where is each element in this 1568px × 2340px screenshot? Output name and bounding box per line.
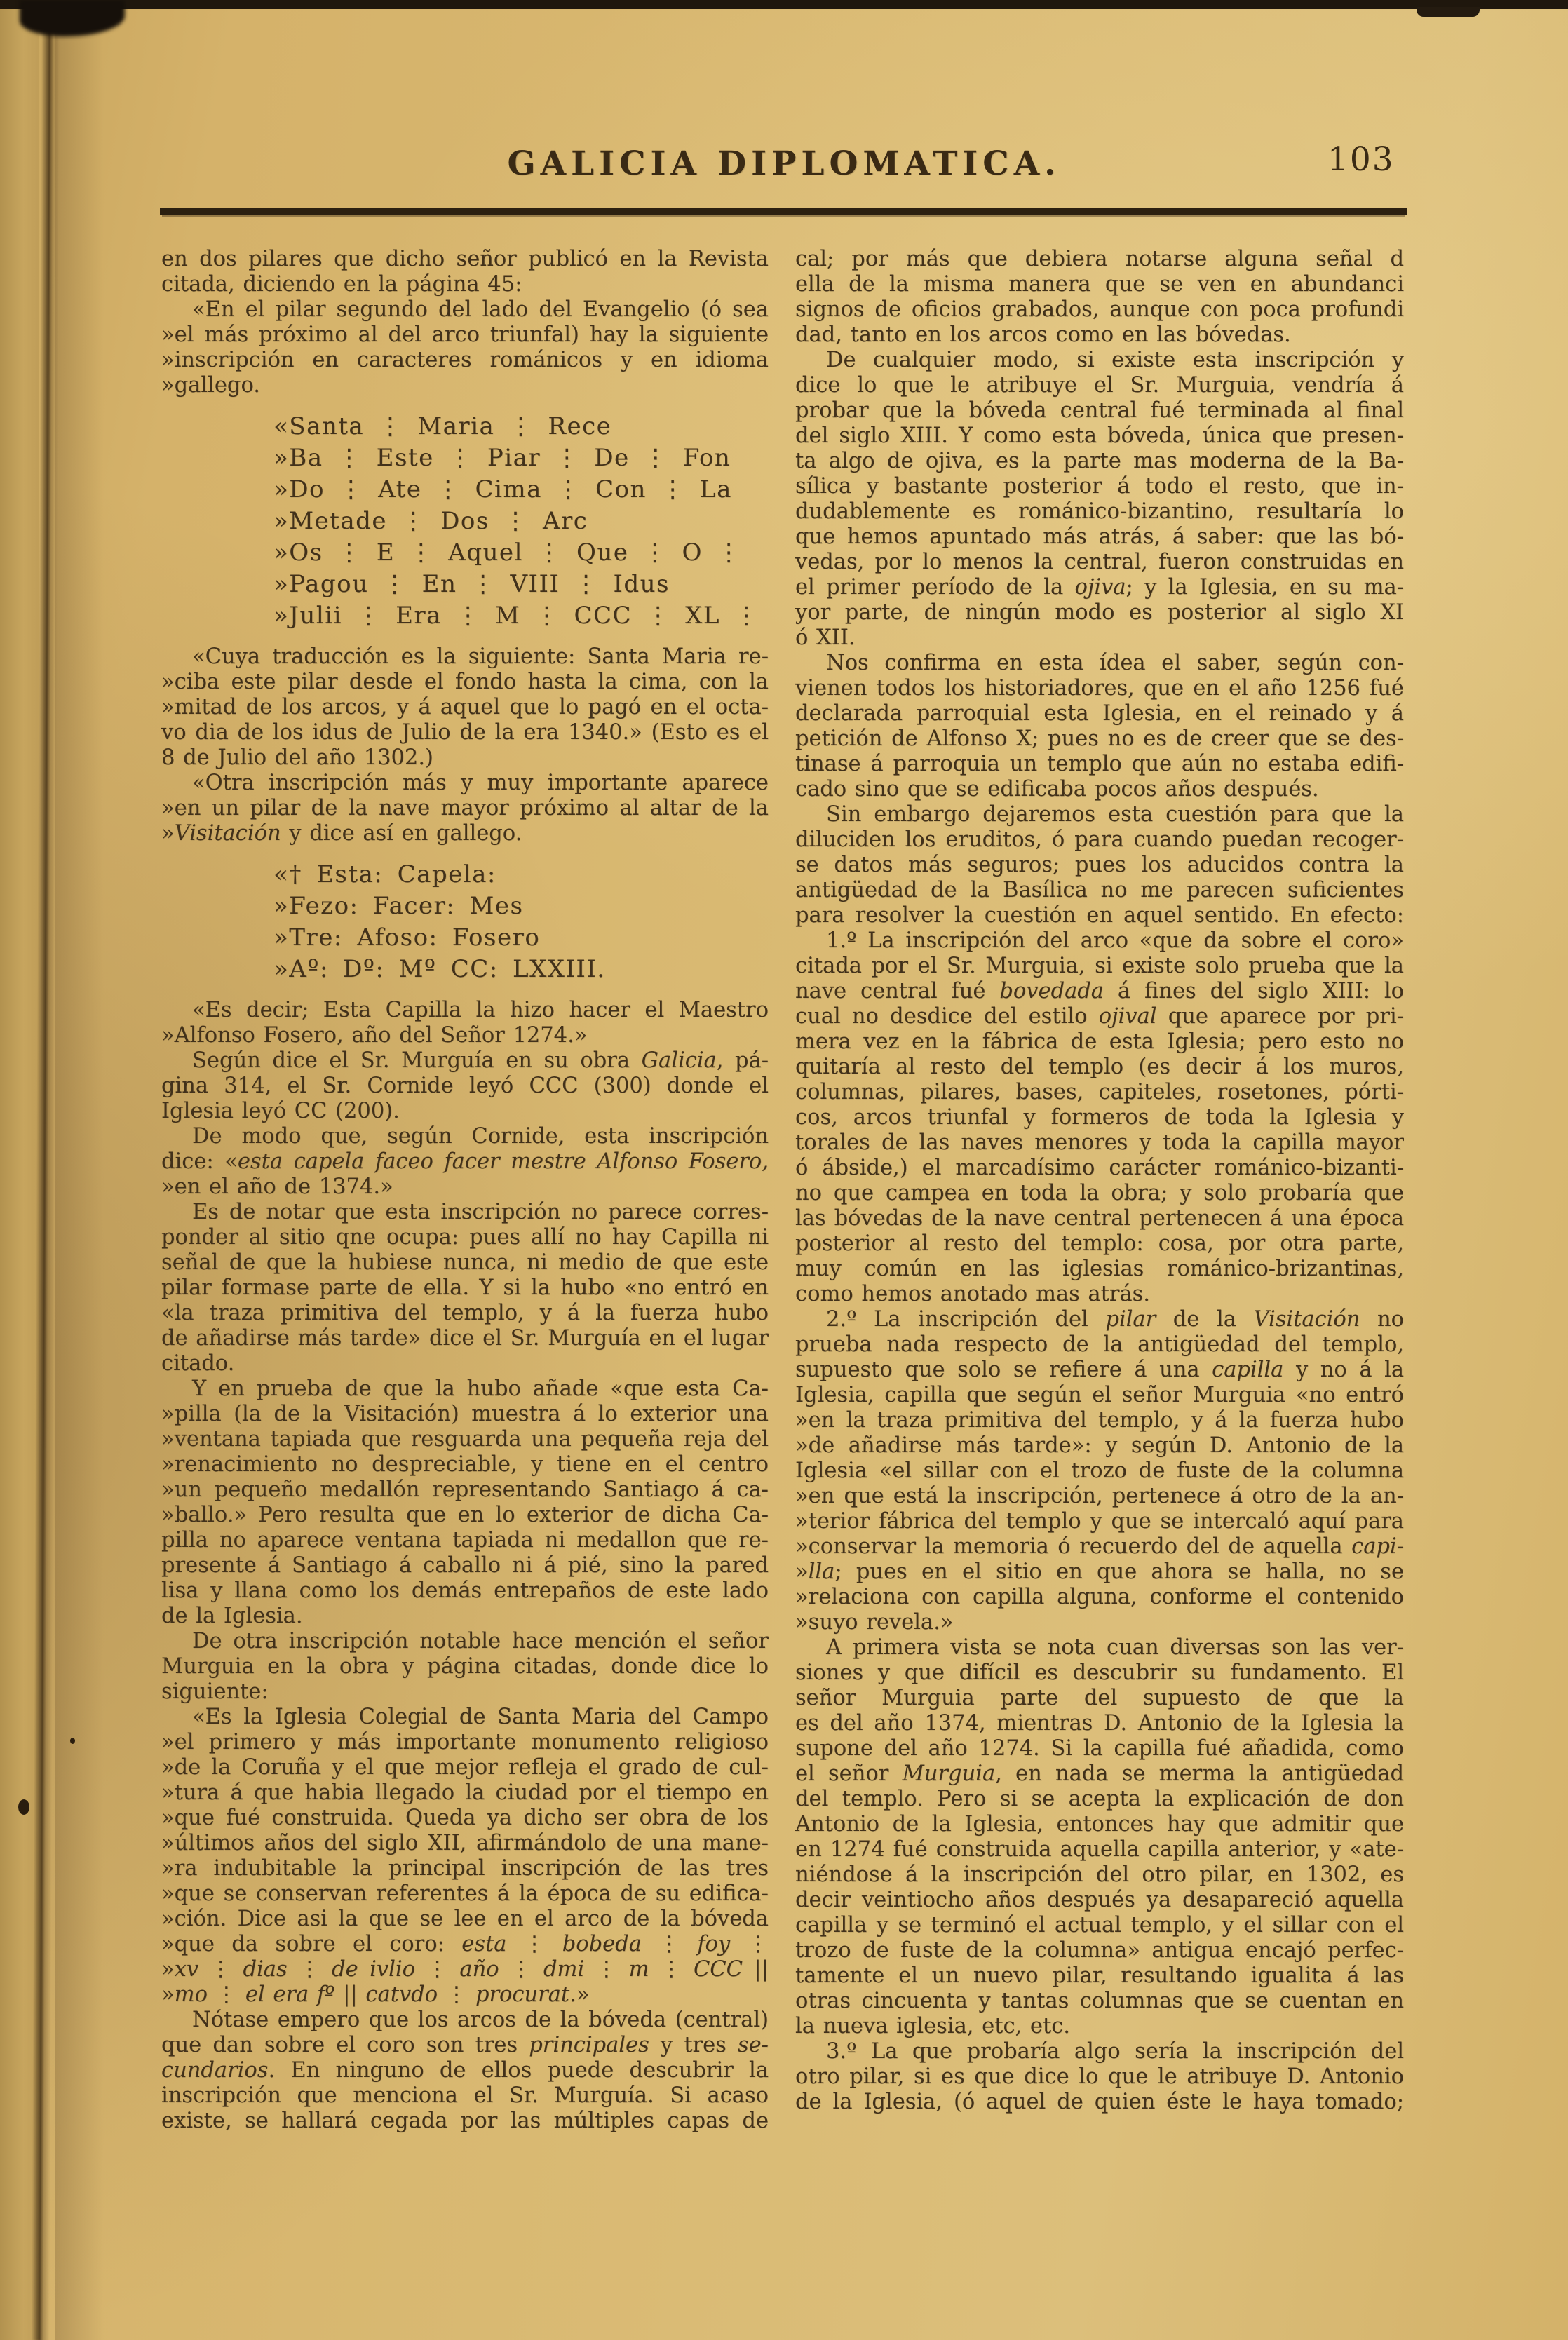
text-line: «Es la Iglesia Colegial de Santa Maria d… — [161, 1705, 769, 1730]
text-line: tinase á parroquia un templo que aún no … — [795, 752, 1404, 777]
text-line: »ventana tapiada que resguarda una peque… — [161, 1427, 769, 1452]
text-line: supuesto que solo se refiere á una capil… — [795, 1358, 1404, 1383]
paragraph: Según dice el Sr. Murguía en su obra Gal… — [161, 1048, 769, 1124]
text-line: «† Esta: Capela: — [273, 859, 769, 891]
text-line: que hemos apuntado más atrás, á saber: q… — [795, 525, 1404, 550]
text-line: el primer período de la ojiva; y la Igle… — [795, 575, 1404, 600]
text-line: »el primero y más importante monumento r… — [161, 1730, 769, 1755]
text-line: »lla; pues en el sitio en que ahora se h… — [795, 1560, 1404, 1585]
text-line: columnas, pilares, bases, capiteles, ros… — [795, 1080, 1404, 1105]
scanned-document-page: GALICIA DIPLOMATICA. 103 en dos pilares … — [0, 0, 1568, 2340]
scan-dark-edge-top — [0, 0, 1568, 9]
paragraph: Nos confirma en esta ídea el saber, segú… — [795, 651, 1404, 802]
text-line: inscripción que menciona el Sr. Murguía.… — [161, 2083, 769, 2109]
text-line: presente á Santiago á caballo ni á pié, … — [161, 1553, 769, 1578]
text-line: «Santa ⋮ Maria ⋮ Rece — [273, 411, 769, 442]
text-line: »Visitación y dice así en gallego. — [161, 821, 769, 846]
text-line: »mitad de los arcos, y á aquel que lo pa… — [161, 695, 769, 720]
text-line: »inscripción en caracteres románicos y e… — [161, 348, 769, 373]
text-line: »ciba este pilar desde el fondo hasta la… — [161, 670, 769, 695]
text-line: Nos confirma en esta ídea el saber, segú… — [795, 651, 1404, 676]
text-line: »Fezo: Facer: Mes — [273, 891, 769, 922]
paragraph: Nótase empero que los arcos de la bóveda… — [161, 2008, 769, 2134]
text-line: »Metade ⋮ Dos ⋮ Arc — [273, 506, 769, 537]
text-line: »Julii ⋮ Era ⋮ M ⋮ CCC ⋮ XL ⋮ — [273, 600, 769, 632]
text-line: »de añadirse más tarde»: y según D. Anto… — [795, 1433, 1404, 1459]
paragraph: 1.º La inscripción del arco «que da sobr… — [795, 928, 1404, 1307]
text-line: »Tre: Afoso: Fosero — [273, 922, 769, 954]
scan-dark-edge-bump — [1417, 7, 1480, 17]
text-line: supone del año 1274. Si la capilla fué a… — [795, 1736, 1404, 1761]
text-line: Y en prueba de que la hubo añade «que es… — [161, 1377, 769, 1402]
text-line: »que da sobre el coro: esta ⋮ bobeda ⋮ f… — [161, 1932, 769, 1957]
text-line: citada por el Sr. Murguia, si existe sol… — [795, 954, 1404, 979]
text-line: »tura á que habia llegado la ciudad por … — [161, 1780, 769, 1806]
text-line: 1.º La inscripción del arco «que da sobr… — [795, 928, 1404, 954]
text-line: pilla no aparece ventana tapiada ni meda… — [161, 1528, 769, 1553]
text-line: »ra indubitable la principal inscripción… — [161, 1856, 769, 1881]
text-line: del templo. Pero si se acepta la explica… — [795, 1787, 1404, 1812]
text-line: señal de que la hubiese nunca, ni medio … — [161, 1250, 769, 1276]
text-line: capilla y se terminó el actual templo, y… — [795, 1913, 1404, 1938]
text-line: ponder al sitio qne ocupa: pues allí no … — [161, 1225, 769, 1250]
text-line: vienen todos los historiadores, que en e… — [795, 676, 1404, 701]
paragraph: «Cuya traducción es la siguiente: Santa … — [161, 644, 769, 771]
inscription-block: «† Esta: Capela:»Fezo: Facer: Mes»Tre: A… — [273, 859, 769, 985]
text-line: ta algo de ojiva, es la parte mas modern… — [795, 449, 1404, 474]
text-line: yor parte, de ningún modo es posterior a… — [795, 600, 1404, 625]
text-line: »ballo.» Pero resulta que en lo exterior… — [161, 1503, 769, 1528]
text-line: Iglesia leyó CC (200). — [161, 1099, 769, 1124]
text-line: »Os ⋮ E ⋮ Aquel ⋮ Que ⋮ O ⋮ — [273, 537, 769, 569]
text-line: gina 314, el Sr. Cornide leyó CCC (300) … — [161, 1074, 769, 1099]
text-line: »relaciona con capilla alguna, conforme … — [795, 1585, 1404, 1610]
column-divider — [778, 219, 781, 2154]
text-line: »gallego. — [161, 373, 769, 398]
text-line: «Cuya traducción es la siguiente: Santa … — [161, 644, 769, 670]
text-line: »un pequeño medallón representando Santi… — [161, 1477, 769, 1503]
text-line: 3.º La que probaría algo sería la inscri… — [795, 2039, 1404, 2064]
text-line: nave central fué bovedada á fines del si… — [795, 979, 1404, 1004]
gutter-shadow — [55, 0, 104, 2340]
left-column: en dos pilares que dicho señor publicó e… — [161, 247, 769, 2134]
text-line: »Aº: Dº: Mº CC: LXXIII. — [273, 954, 769, 985]
paragraph: en dos pilares que dicho señor publicó e… — [161, 247, 769, 297]
text-line: que dan sobre el coro son tres principal… — [161, 2033, 769, 2058]
text-line: es del año 1374, mientras D. Antonio de … — [795, 1711, 1404, 1736]
text-line: »de la Coruña y el que mejor refleja el … — [161, 1755, 769, 1780]
text-line: vo dia de los idus de Julio de la era 13… — [161, 720, 769, 745]
text-line: cundarios. En ninguno de ellos puede des… — [161, 2058, 769, 2083]
text-line: otro pilar, si es que dice lo que le atr… — [795, 2064, 1404, 2090]
text-line: vedas, por lo menos la central, fueron c… — [795, 550, 1404, 575]
text-line: »xv ⋮ dias ⋮ de ivlio ⋮ año ⋮ dmi ⋮ m ⋮ … — [161, 1957, 769, 1982]
text-line: mera vez en la fábrica de esta Iglesia; … — [795, 1029, 1404, 1055]
text-line: ella de la misma manera que se ven en ab… — [795, 272, 1404, 297]
text-line: De modo que, según Cornide, esta inscrip… — [161, 1124, 769, 1149]
text-line: signos de oficios grabados, aunque con p… — [795, 297, 1404, 323]
text-line: cual no desdice del estilo ojival que ap… — [795, 1004, 1404, 1029]
text-line: »Do ⋮ Ate ⋮ Cima ⋮ Con ⋮ La ⋮ — [273, 474, 769, 506]
paragraph: De modo que, según Cornide, esta inscrip… — [161, 1124, 769, 1200]
paragraph: 2.º La inscripción del pilar de la Visit… — [795, 1307, 1404, 1635]
page-number: 103 — [1327, 140, 1395, 179]
ink-speck — [70, 1738, 75, 1744]
text-line: de añadirse más tarde» dice el Sr. Murgu… — [161, 1326, 769, 1351]
text-line: »renacimiento no despreciable, y tiene e… — [161, 1452, 769, 1477]
ink-speck — [18, 1799, 29, 1815]
text-line: decir veintiocho años después ya desapar… — [795, 1888, 1404, 1913]
text-line: »mo ⋮ el era fº || catvdo ⋮ procurat.» — [161, 1982, 769, 2008]
scan-corner-shadow — [20, 0, 125, 36]
text-line: diluciden los eruditos, ó para cuando pu… — [795, 827, 1404, 853]
text-line: dice: «esta capela faceo facer mestre Al… — [161, 1149, 769, 1175]
text-line: 2.º La inscripción del pilar de la Visit… — [795, 1307, 1404, 1332]
text-line: Iglesia «el sillar con el trozo de fuste… — [795, 1459, 1404, 1484]
text-line: otras cincuenta y tantas columnas que se… — [795, 1989, 1404, 2014]
text-line: existe, se hallará cegada por las múltip… — [161, 2109, 769, 2134]
text-line: A primera vista se nota cuan diversas so… — [795, 1635, 1404, 1661]
text-line: »ción. Dice asi la que se lee en el arco… — [161, 1907, 769, 1932]
paragraph: «En el pilar segundo del lado del Evange… — [161, 297, 769, 398]
text-line: sílica y bastante posterior á todo el re… — [795, 474, 1404, 499]
text-line: »Pagou ⋮ En ⋮ VIII ⋮ Idus — [273, 569, 769, 600]
text-line: dice lo que le atribuye el Sr. Murguia, … — [795, 373, 1404, 398]
text-line: Sin embargo dejaremos esta cuestión para… — [795, 802, 1404, 827]
inscription-block: «Santa ⋮ Maria ⋮ Rece»Ba ⋮ Este ⋮ Piar ⋮… — [273, 411, 769, 632]
text-line: Iglesia, capilla que según el señor Murg… — [795, 1383, 1404, 1408]
text-line: »el más próximo al del arco triunfal) ha… — [161, 323, 769, 348]
text-line: »que fué construida. Queda ya dicho ser … — [161, 1806, 769, 1831]
text-line: Murguia en la obra y página citadas, don… — [161, 1654, 769, 1679]
text-line: siguiente: — [161, 1679, 769, 1705]
text-line: prueba nada respecto de la antigüedad de… — [795, 1332, 1404, 1358]
text-line: para resolver la cuestión en aquel senti… — [795, 903, 1404, 928]
text-line: petición de Alfonso X; pues no es de cre… — [795, 726, 1404, 752]
text-line: cal; por más que debiera notarse alguna … — [795, 247, 1404, 272]
text-line: citada, diciendo en la página 45: — [161, 272, 769, 297]
text-line: siones y que difícil es descubrir su fun… — [795, 1661, 1404, 1686]
text-line: señor Murguia parte del supuesto de que … — [795, 1686, 1404, 1711]
paragraph: De otra inscripción notable hace mención… — [161, 1629, 769, 1705]
text-line: quitaría al resto del templo (es decir á… — [795, 1055, 1404, 1080]
text-line: trozo de fuste de la columna» antigua en… — [795, 1938, 1404, 1963]
text-line: muy común en las iglesias románico-briza… — [795, 1257, 1404, 1282]
text-line: pilar formase parte de ella. Y si la hub… — [161, 1276, 769, 1301]
text-line: »Ba ⋮ Este ⋮ Piar ⋮ De ⋮ Fon ⋮ — [273, 442, 769, 474]
text-line: »terior fábrica del templo y que se inte… — [795, 1509, 1404, 1534]
text-line: «Es decir; Esta Capilla la hizo hacer el… — [161, 998, 769, 1023]
text-line: »en un pilar de la nave mayor próximo al… — [161, 796, 769, 821]
text-line: «En el pilar segundo del lado del Evange… — [161, 297, 769, 323]
text-line: »conservar la memoria ó recuerdo del de … — [795, 1534, 1404, 1560]
text-line: »en la traza primitiva del templo, y á l… — [795, 1408, 1404, 1433]
text-line: Nótase empero que los arcos de la bóveda… — [161, 2008, 769, 2033]
text-line: en 1274 fué construida aquella capilla a… — [795, 1837, 1404, 1862]
text-line: lisa y llana como los demás entrepaños d… — [161, 1578, 769, 1604]
paragraph: «Es decir; Esta Capilla la hizo hacer el… — [161, 998, 769, 1048]
text-line: »últimos años del siglo XII, afirmándolo… — [161, 1831, 769, 1856]
text-line: De cualquier modo, si existe esta inscri… — [795, 348, 1404, 373]
right-column: cal; por más que debiera notarse alguna … — [795, 247, 1404, 2115]
text-line: »Alfonso Fosero, año del Señor 1274.» — [161, 1023, 769, 1048]
paragraph: Y en prueba de que la hubo añade «que es… — [161, 1377, 769, 1629]
text-line: niéndose á la inscripción del otro pilar… — [795, 1862, 1404, 1888]
text-line: el señor Murguia, en nada se merma la an… — [795, 1761, 1404, 1787]
paragraph: cal; por más que debiera notarse alguna … — [795, 247, 1404, 348]
text-line: no que campea en toda la obra; y solo pr… — [795, 1181, 1404, 1206]
text-line: antigüedad de la Basílica no me parecen … — [795, 878, 1404, 903]
text-line: de la Iglesia, (ó aquel de quien éste le… — [795, 2090, 1404, 2115]
text-line: De otra inscripción notable hace mención… — [161, 1629, 769, 1654]
text-line: como hemos anotado mas atrás. — [795, 1282, 1404, 1307]
text-line: citado. — [161, 1351, 769, 1377]
paragraph: «Otra inscripción más y muy importante a… — [161, 771, 769, 846]
text-line: torales de las naves menores y toda la c… — [795, 1130, 1404, 1156]
text-line: Según dice el Sr. Murguía en su obra Gal… — [161, 1048, 769, 1074]
text-line: declarada parroquial esta Iglesia, en el… — [795, 701, 1404, 726]
text-line: la nueva iglesia, etc, etc. — [795, 2014, 1404, 2039]
paragraph: Sin embargo dejaremos esta cuestión para… — [795, 802, 1404, 928]
text-line: posterior al resto del templo: cosa, por… — [795, 1231, 1404, 1257]
text-line: las bóvedas de la nave central pertenece… — [795, 1206, 1404, 1231]
text-line: ó XII. — [795, 625, 1404, 651]
text-line: cado sino que se edificaba pocos años de… — [795, 777, 1404, 802]
paragraph: 3.º La que probaría algo sería la inscri… — [795, 2039, 1404, 2115]
text-line: Es de notar que esta inscripción no pare… — [161, 1200, 769, 1225]
text-line: »en el año de 1374.» — [161, 1175, 769, 1200]
text-line: Antonio de la Iglesia, entonces hay que … — [795, 1812, 1404, 1837]
text-line: »suyo revela.» — [795, 1610, 1404, 1635]
text-line: probar que la bóveda central fué termina… — [795, 398, 1404, 424]
text-line: »que se conservan referentes á la época … — [161, 1881, 769, 1907]
paragraph: A primera vista se nota cuan diversas so… — [795, 1635, 1404, 2039]
text-line: 8 de Julio del año 1302.) — [161, 745, 769, 771]
text-line: se datos más seguros; pues los aducidos … — [795, 853, 1404, 878]
text-line: «la traza primitiva del templo, y á la f… — [161, 1301, 769, 1326]
paragraph: «Es la Iglesia Colegial de Santa Maria d… — [161, 1705, 769, 2008]
text-line: »pilla (la de la Visitación) muestra á l… — [161, 1402, 769, 1427]
paragraph: De cualquier modo, si existe esta inscri… — [795, 348, 1404, 651]
text-line: en dos pilares que dicho señor publicó e… — [161, 247, 769, 272]
text-line: «Otra inscripción más y muy importante a… — [161, 771, 769, 796]
text-line: de la Iglesia. — [161, 1604, 769, 1629]
text-line: ó ábside,) el marcadísimo carácter román… — [795, 1156, 1404, 1181]
text-line: dudablemente es románico-bizantino, resu… — [795, 499, 1404, 525]
text-line: dad, tanto en los arcos como en las bóve… — [795, 323, 1404, 348]
text-line: del siglo XIII. Y como esta bóveda, únic… — [795, 424, 1404, 449]
paragraph: Es de notar que esta inscripción no pare… — [161, 1200, 769, 1377]
text-line: tamente el un nuevo pilar, resultando ig… — [795, 1963, 1404, 1989]
text-line: »en que está la inscripción, pertenece á… — [795, 1484, 1404, 1509]
journal-title: GALICIA DIPLOMATICA. — [507, 144, 1060, 183]
header-rule — [160, 208, 1407, 215]
text-line: cos, arcos triunfal y formeros de toda l… — [795, 1105, 1404, 1130]
